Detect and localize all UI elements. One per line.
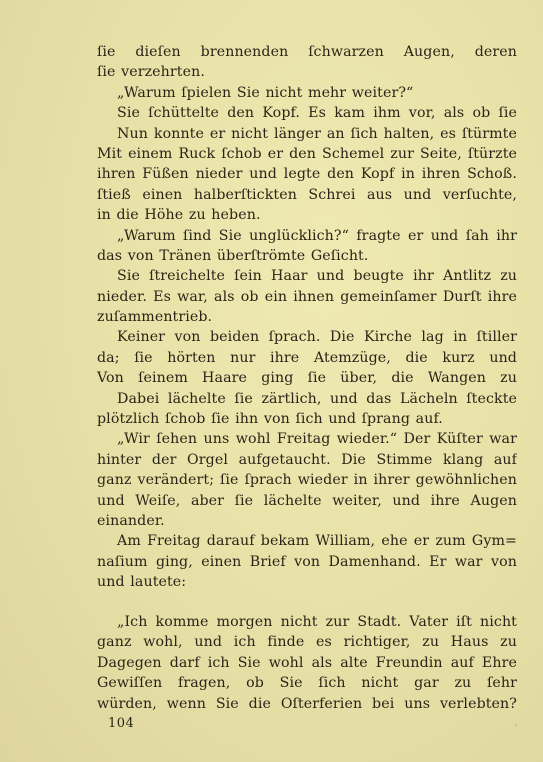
text-line: ſie verzehrten. <box>97 62 517 82</box>
text-line: Mit einem Ruck ſchob er den Schemel zur … <box>97 144 517 164</box>
text-line: Sie ſchüttelte den Kopf. Es kam ihm vor,… <box>97 103 517 123</box>
text-line: Am Freitag darauf bekam William, ehe er … <box>97 531 517 551</box>
text-line: Sie ſtreichelte ſein Haar und beugte ihr… <box>97 266 517 286</box>
text-line: plötzlich ſchob ſie ihn von ſich und ſpr… <box>97 409 517 429</box>
text-line: naſium ging, einen Brief von Damenhand. … <box>97 552 517 572</box>
text-line: „Wir ſehen uns wohl Freitag wieder.“ Der… <box>97 429 517 449</box>
text-line: Von ſeinem Haare ging ſie über, die Wang… <box>97 368 517 388</box>
text-line: Dabei lächelte ſie zärtlich, und das Läc… <box>97 389 517 409</box>
text-line: hinter der Orgel aufgetaucht. Die Stimme… <box>97 450 517 470</box>
text-line: zuſammentrieb. <box>97 307 517 327</box>
book-page: ſie dieſen brennenden ſchwarzen Augen, d… <box>0 0 543 762</box>
letter-line: Dagegen darf ich Sie wohl als alte Freun… <box>97 653 517 673</box>
text-line: ſie dieſen brennenden ſchwarzen Augen, d… <box>97 42 517 62</box>
body-text: ſie dieſen brennenden ſchwarzen Augen, d… <box>97 42 517 593</box>
letter-line: ganz wohl, und ich finde es richtiger, z… <box>97 632 517 652</box>
text-line: in die Höhe zu heben. <box>97 205 517 225</box>
letter-text: „Ich komme morgen nicht zur Stadt. Vater… <box>97 612 517 714</box>
letter-line: „Ich komme morgen nicht zur Stadt. Vater… <box>97 612 517 632</box>
text-line: nieder. Es war, als ob ein ihnen gemeinſ… <box>97 287 517 307</box>
letter-line: Gewiſſen fragen, ob Sie ſich nicht gar z… <box>97 673 517 693</box>
text-line: ſtieß einen halberſtickten Schrei aus un… <box>97 185 517 205</box>
text-line: ganz verändert; ſie ſprach wieder in ihr… <box>97 470 517 490</box>
text-line: einander. <box>97 511 517 531</box>
letter-line: würden, wenn Sie die Oſterferien bei uns… <box>97 694 517 714</box>
text-line: Nun konnte er nicht länger an ſich halte… <box>97 124 517 144</box>
text-line: und lautete: <box>97 572 517 592</box>
text-line: ihren Füßen nieder und legte den Kopf in… <box>97 164 517 184</box>
page-number: 104 <box>108 716 134 731</box>
text-line: das von Tränen überſtrömte Geſicht. <box>97 246 517 266</box>
text-line: und Weiſe, aber ſie lächelte weiter, und… <box>97 491 517 511</box>
text-line: „Warum ſpielen Sie nicht mehr weiter?“ <box>97 83 517 103</box>
text-line: „Warum ſind Sie unglücklich?“ fragte er … <box>97 226 517 246</box>
paper-speck <box>515 724 517 726</box>
text-line: Keiner von beiden ſprach. Die Kirche lag… <box>97 327 517 347</box>
text-line: da; ſie hörten nur ihre Atemzüge, die ku… <box>97 348 517 368</box>
